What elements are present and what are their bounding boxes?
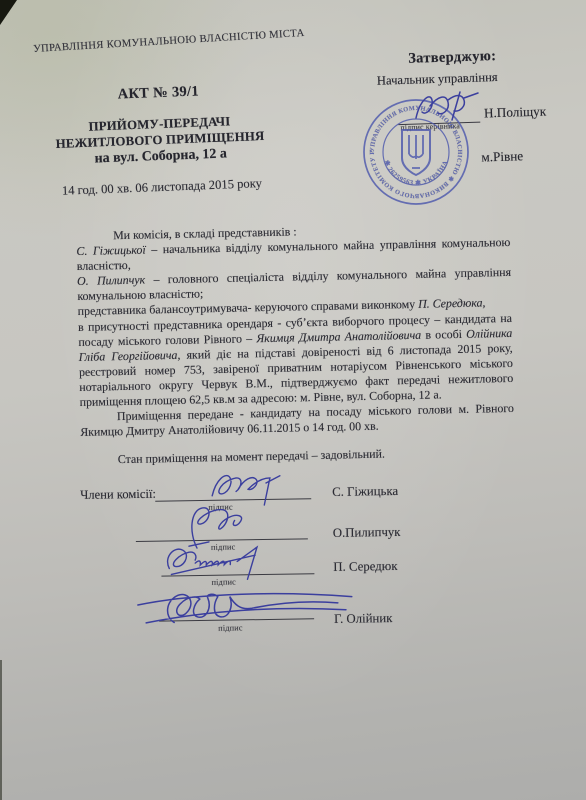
commission-signatures: Члени комісії: підпис С. Гіжицька підпис…	[74, 479, 513, 656]
member-name: О.Пилипчук	[333, 525, 401, 541]
approve-title: Затверджую:	[408, 48, 497, 68]
member-name: П. Середюк	[333, 559, 397, 575]
city-label: м.Рівне	[481, 148, 523, 165]
scanned-document: УПРАВЛІННЯ КОМУНАЛЬНОЮ ВЛАСНІСТЮ МІСТА З…	[0, 0, 586, 800]
commission-label: Члени комісії:	[80, 487, 156, 503]
member-name: С. Гіжицька	[332, 484, 398, 500]
svg-text:✱ 26259563 ✱ УКРАЇНА: ✱ 26259563 ✱ УКРАЇНА	[382, 159, 449, 187]
act-number: АКТ № 39/1	[40, 80, 276, 106]
act-datetime: 14 год. 00 хв. 06 листопада 2015 року	[44, 175, 280, 199]
approver-name: Н.Поліщук	[484, 104, 547, 122]
org-header: УПРАВЛІННЯ КОМУНАЛЬНОЮ ВЛАСНІСТЮ МІСТА	[33, 26, 333, 55]
stamp-inner-text: ✱ 26259563 ✱ УКРАЇНА	[382, 159, 449, 187]
approver-handwritten-signature	[398, 84, 488, 128]
body-text: Ми комісія, в складі представників :С. Г…	[76, 220, 515, 468]
act-title-block: АКТ № 39/1 ПРИЙОМУ-ПЕРЕДАЧІ НЕЖИТЛОВОГО …	[40, 80, 280, 199]
member-signature	[134, 584, 359, 632]
member-signature	[155, 539, 296, 591]
